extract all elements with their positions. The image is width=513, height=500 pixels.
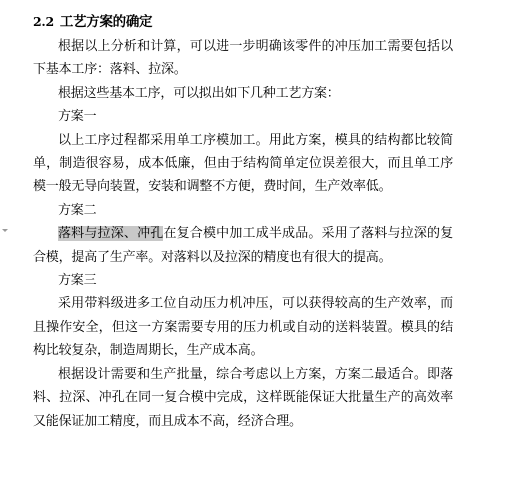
selected-text[interactable]: 落料与拉深、冲孔 — [58, 226, 163, 241]
paragraph-marker-icon — [2, 229, 8, 232]
section-number: 2.2 — [33, 14, 54, 29]
plan1-body: 以上工序过程都采用单工序模加工。用此方案，模具的结构都比较简单，制造很容易，成本… — [33, 129, 453, 199]
plan3-title: 方案三 — [33, 269, 453, 292]
plan1-title: 方案一 — [33, 105, 453, 128]
document-page: 2.2工艺方案的确定 根据以上分析和计算，可以进一步明确该零件的冲压加工需要包括… — [0, 0, 513, 500]
paragraph-intro: 根据以上分析和计算，可以进一步明确该零件的冲压加工需要包括以下基本工序：落料、拉… — [33, 35, 453, 82]
document-body: 根据以上分析和计算，可以进一步明确该零件的冲压加工需要包括以下基本工序：落料、拉… — [33, 35, 453, 433]
section-heading: 2.2工艺方案的确定 — [33, 10, 152, 30]
paragraph-lead: 根据这些基本工序，可以拟出如下几种工艺方案： — [33, 82, 453, 105]
paragraph-conclusion: 根据设计需要和生产批量，综合考虑以上方案，方案二最适合。即落料、拉深、冲孔在同一… — [33, 363, 453, 433]
plan3-body: 采用带料级进多工位自动压力机冲压，可以获得较高的生产效率，而且操作安全，但这一方… — [33, 292, 453, 362]
plan2-body[interactable]: 落料与拉深、冲孔在复合模中加工成半成品。采用了落料与拉深的复合模，提高了生产率。… — [33, 222, 453, 269]
plan2-title: 方案二 — [33, 199, 453, 222]
section-title: 工艺方案的确定 — [60, 14, 152, 30]
